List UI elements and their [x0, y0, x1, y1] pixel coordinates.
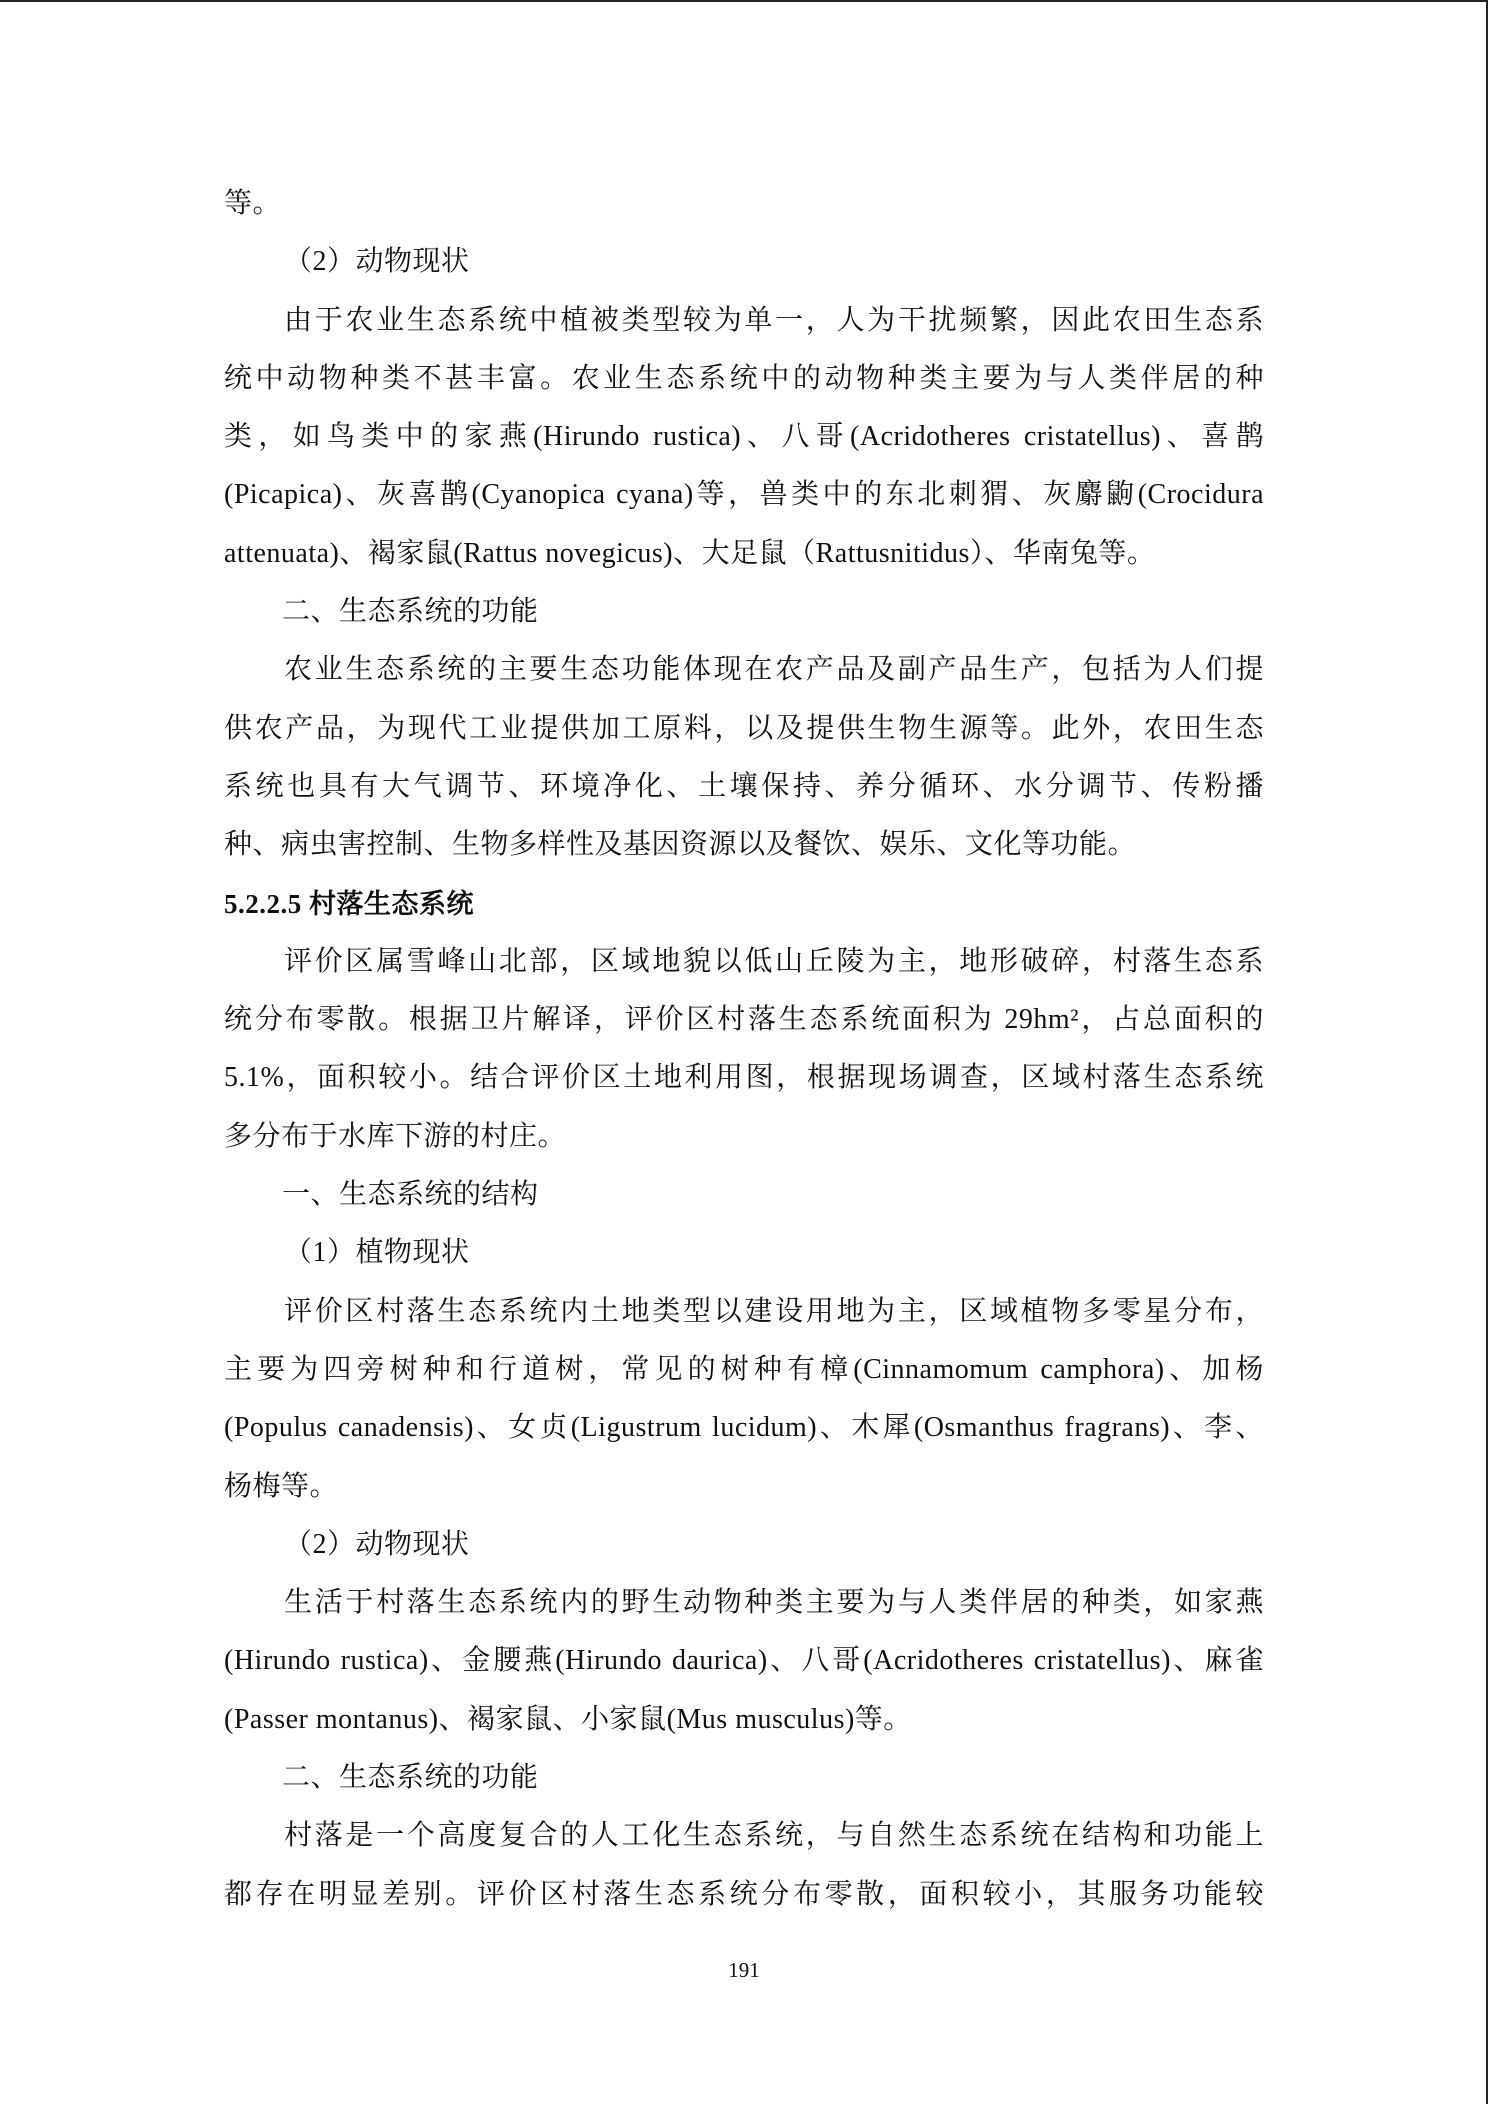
- paragraph-line: 都存在明显差别。评价区村落生态系统分布零散，面积较小，其服务功能较: [224, 1866, 1264, 1924]
- subheading-animal-status: （2）动物现状: [224, 1516, 1264, 1574]
- text-line: 等。: [224, 175, 1264, 233]
- paragraph-line: 多分布于水库下游的村庄。: [224, 1108, 1264, 1166]
- paragraph-line: 生活于村落生态系统内的野生动物种类主要为与人类伴居的种类，如家燕: [224, 1574, 1264, 1632]
- paragraph-line: 种、病虫害控制、生物多样性及基因资源以及餐饮、娱乐、文化等功能。: [224, 816, 1264, 874]
- page-number: 191: [0, 1958, 1488, 1983]
- paragraph-line: 类，如鸟类中的家燕(Hirundo rustica)、八哥(Acridother…: [224, 408, 1264, 466]
- paragraph-line: 统分布零散。根据卫片解译，评价区村落生态系统面积为 29hm²，占总面积的: [224, 991, 1264, 1049]
- subheading-ecosystem-function: 二、生态系统的功能: [224, 583, 1264, 641]
- subheading-ecosystem-function: 二、生态系统的功能: [224, 1749, 1264, 1807]
- document-body: 等。 （2）动物现状 由于农业生态系统中植被类型较为单一，人为干扰频繁，因此农田…: [224, 175, 1264, 1924]
- subheading-plant-status: （1）植物现状: [224, 1224, 1264, 1282]
- paragraph-line: 评价区属雪峰山北部，区域地貌以低山丘陵为主，地形破碎，村落生态系: [224, 933, 1264, 991]
- subheading-ecosystem-structure: 一、生态系统的结构: [224, 1166, 1264, 1224]
- paragraph-line: 农业生态系统的主要生态功能体现在农产品及副产品生产，包括为人们提: [224, 641, 1264, 699]
- paragraph-line: (Hirundo rustica)、金腰燕(Hirundo daurica)、八…: [224, 1632, 1264, 1690]
- paragraph-line: (Picapica)、灰喜鹊(Cyanopica cyana)等，兽类中的东北刺…: [224, 466, 1264, 524]
- paragraph-line: (Passer montanus)、褐家鼠、小家鼠(Mus musculus)等…: [224, 1691, 1264, 1749]
- paragraph-line: 统中动物种类不甚丰富。农业生态系统中的动物种类主要为与人类伴居的种: [224, 350, 1264, 408]
- paragraph-line: (Populus canadensis)、女贞(Ligustrum lucidu…: [224, 1399, 1264, 1457]
- section-heading-village-ecosystem: 5.2.2.5 村落生态系统: [224, 875, 1264, 933]
- paragraph-line: 系统也具有大气调节、环境净化、土壤保持、养分循环、水分调节、传粉播: [224, 758, 1264, 816]
- page-border-top: [0, 0, 1488, 2]
- paragraph-line: 杨梅等。: [224, 1458, 1264, 1516]
- paragraph-line: 供农产品，为现代工业提供加工原料，以及提供生物生源等。此外，农田生态: [224, 700, 1264, 758]
- paragraph-line: 村落是一个高度复合的人工化生态系统，与自然生态系统在结构和功能上: [224, 1807, 1264, 1865]
- paragraph-line: 5.1%，面积较小。结合评价区土地利用图，根据现场调查，区域村落生态系统: [224, 1049, 1264, 1107]
- paragraph-line: 由于农业生态系统中植被类型较为单一，人为干扰频繁，因此农田生态系: [224, 292, 1264, 350]
- paragraph-line: attenuata)、褐家鼠(Rattus novegicus)、大足鼠（Rat…: [224, 525, 1264, 583]
- paragraph-line: 主要为四旁树种和行道树，常见的树种有樟(Cinnamomum camphora)…: [224, 1341, 1264, 1399]
- paragraph-line: 评价区村落生态系统内土地类型以建设用地为主，区域植物多零星分布，: [224, 1283, 1264, 1341]
- subheading-animal-status: （2）动物现状: [224, 233, 1264, 291]
